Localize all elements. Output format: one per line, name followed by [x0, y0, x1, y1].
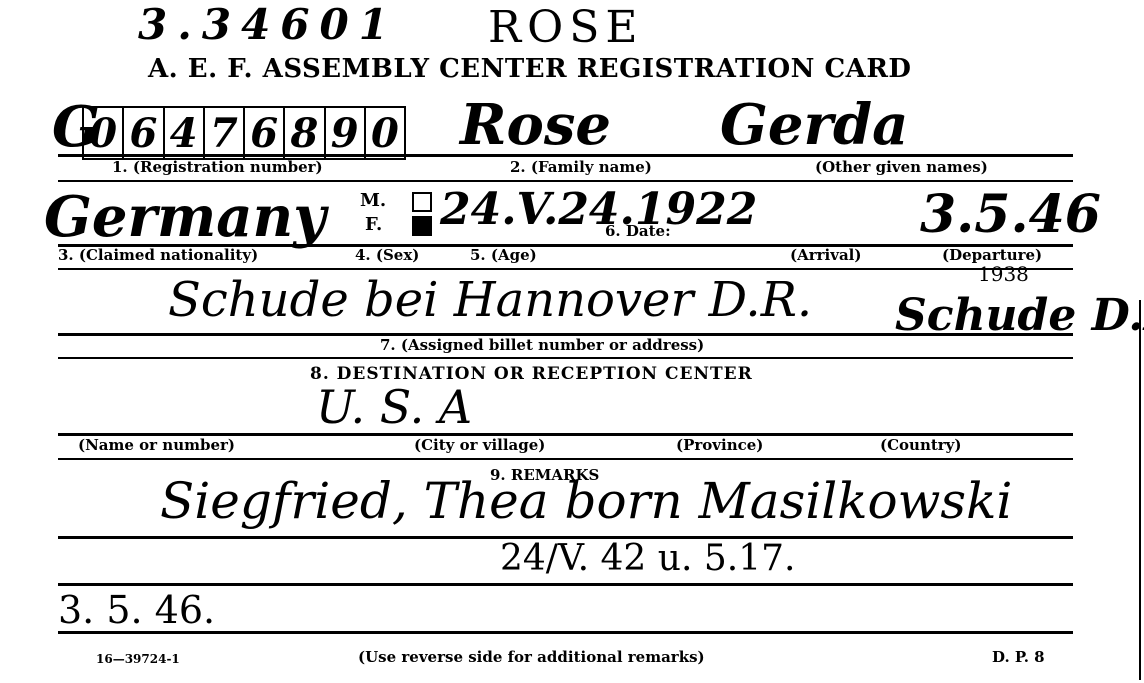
claimed-nationality-value: Germany: [44, 184, 326, 250]
reg-digit: 8: [285, 108, 325, 158]
row3-bottom-rule: [58, 357, 1073, 359]
right-note-year: 1938: [978, 262, 1029, 286]
other-given-names-value: Gerda: [720, 92, 908, 158]
remarks-rule-2: [58, 583, 1073, 586]
departure-date-value: 3.5.46: [920, 184, 1101, 245]
handwritten-surname-header: ROSE: [488, 2, 643, 53]
sex-checkbox-f: [412, 216, 432, 236]
billet-address-value: Schude bei Hannover D.R.: [168, 272, 812, 328]
card-title: A. E. F. ASSEMBLY CENTER REGISTRATION CA…: [148, 54, 911, 84]
destination-province-label: (Province): [676, 436, 763, 454]
registration-card: 3.34601 ROSE A. E. F. ASSEMBLY CENTER RE…: [0, 0, 1144, 683]
reg-digit: 7: [205, 108, 245, 158]
reg-digit: 4: [165, 108, 205, 158]
row1-rule: [58, 154, 1073, 157]
destination-value: U. S. A: [316, 380, 472, 434]
family-name-value: Rose: [460, 92, 611, 158]
reg-digit: 9: [326, 108, 366, 158]
reg-digit: 6: [245, 108, 285, 158]
family-name-label: 2. (Family name): [510, 158, 652, 176]
remarks-line-2: 24/V. 42 u. 5.17.: [500, 538, 795, 579]
age-label: 5. (Age): [470, 246, 537, 264]
sex-label: 4. (Sex): [355, 246, 419, 264]
other-given-names-label: (Other given names): [815, 158, 988, 176]
destination-country-label: (Country): [880, 436, 962, 454]
destination-bottom-rule: [58, 458, 1073, 460]
remarks-rule-3: [58, 631, 1073, 634]
handwritten-case-number: 3.34601: [138, 0, 398, 49]
sex-checkbox-m: [412, 192, 432, 212]
destination-city-label: (City or village): [414, 436, 545, 454]
reg-digit: 0: [366, 108, 404, 158]
destination-name-label: (Name or number): [78, 436, 235, 454]
reg-digit: 0: [84, 108, 124, 158]
remarks-line-1: Siegfried, Thea born Masilkowski: [160, 472, 1012, 530]
form-code: D. P. 8: [992, 648, 1045, 666]
row1-bottom-rule: [58, 180, 1073, 182]
date-label: 6. Date:: [605, 222, 671, 240]
registration-number-label: 1. (Registration number): [112, 158, 323, 176]
claimed-nationality-label: 3. (Claimed nationality): [58, 246, 258, 264]
sex-option-f: F.: [365, 214, 382, 235]
remarks-line-3: 3. 5. 46.: [58, 588, 215, 632]
form-number: 16—39724-1: [96, 652, 180, 666]
reg-digit: 6: [124, 108, 164, 158]
card-right-edge: [1139, 300, 1141, 680]
age-value: 24.V.24.1922: [440, 184, 757, 235]
arrival-label: (Arrival): [790, 246, 861, 264]
registration-number-box: 0 6 4 7 6 8 9 0: [82, 106, 406, 160]
sex-option-m: M.: [360, 190, 386, 211]
row2-bottom-rule: [58, 268, 1073, 270]
billet-label: 7. (Assigned billet number or address): [380, 336, 704, 354]
reverse-side-instruction: (Use reverse side for additional remarks…: [358, 648, 705, 666]
